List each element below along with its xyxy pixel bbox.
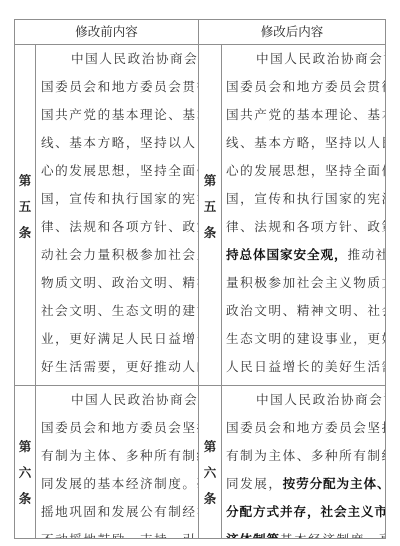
text-line: 物质文明、政治文明、精神文明、 <box>41 269 198 297</box>
article-label-before-5: 第 五 条 <box>15 168 35 246</box>
text-segment: 有制为主体、多种所有制经济共 <box>226 448 385 463</box>
article-6-after-text: 中国人民政治协商会议全国委员会和地方委员会坚持公有制为主体、多种所有制经济共同发… <box>226 386 385 538</box>
added-text-highlight: 济体制等 <box>226 532 280 538</box>
text-line: 政治文明、精神文明、社会文明、 <box>226 297 385 325</box>
text-line: 律、法规和各项方针、政策，推 <box>41 213 198 241</box>
text-segment: 国委员会和地方委员会坚持公 <box>226 420 385 435</box>
text-line: 律、法规和各项方针、政策，坚 <box>226 213 385 241</box>
text-segment: 国，宣传和执行国家的宪法、法 <box>226 191 385 206</box>
text-segment: 线、基本方略，坚持以人民为中 <box>226 135 385 150</box>
text-line: 分配方式并存，社会主义市场经 <box>226 498 385 526</box>
text-line: 中国人民政治协商会议全 <box>41 386 198 414</box>
text-line: 线、基本方略，坚持以人民为中 <box>226 129 385 157</box>
text-segment: 中国人民政治协商会议全 <box>256 51 385 66</box>
header-before: 修改前内容 <box>15 20 198 44</box>
text-line: 同发展，按劳分配为主体、多种 <box>226 470 385 498</box>
text-line: 好生活需要，更好推动人的全面 <box>41 353 198 381</box>
text-segment: 同发展， <box>226 476 283 491</box>
article-label-after-5: 第 五 条 <box>200 168 220 246</box>
text-line: 国共产党的基本理论、基本路 <box>41 101 198 129</box>
revision-comparison-table: 修改前内容 修改后内容 第 五 条 第 五 条 中国人民政治协商会议全国委员会和… <box>14 19 386 539</box>
text-line: 同发展的基本经济制度。毫不动 <box>41 470 198 498</box>
text-line: 有制为主体、多种所有制经济共 <box>226 442 385 470</box>
article-6-before-text: 中国人民政治协商会议全国委员会和地方委员会坚持公有制为主体、多种所有制经济共同发… <box>41 386 198 538</box>
text-line: 摇地巩固和发展公有制经济，毫 <box>41 498 198 526</box>
article-5-after-text: 中国人民政治协商会议全国委员会和地方委员会贯彻中国共产党的基本理论、基本路线、基… <box>226 45 385 385</box>
added-text-highlight: 按劳分配为主体、多种 <box>283 476 385 491</box>
label-divider-left <box>35 44 36 538</box>
text-segment: 国委员会和地方委员会贯彻中 <box>226 79 385 94</box>
text-line: 国委员会和地方委员会坚持公 <box>41 414 198 442</box>
text-line: 业，更好满足人民日益增长的美 <box>41 325 198 353</box>
text-line: 中国人民政治协商会议全 <box>41 45 198 73</box>
text-line: 更好推动人的全面发展、社会全 <box>226 381 385 385</box>
added-text-highlight: 分配方式并存，社会主义市场经 <box>226 504 385 519</box>
text-line: 心的发展思想，坚持全面依法治 <box>226 157 385 185</box>
text-line: 国委员会和地方委员会坚持公 <box>226 414 385 442</box>
article-label-before-6: 第 六 条 <box>15 434 35 512</box>
text-line: 中国人民政治协商会议全 <box>226 386 385 414</box>
text-segment: 心的发展思想，坚持全面依法治 <box>226 163 385 178</box>
text-line: 心的发展思想，坚持全面依法治 <box>41 157 198 185</box>
column-divider <box>198 20 199 538</box>
header-after: 修改后内容 <box>199 20 385 44</box>
text-line: 发展、社会全面进步。 <box>41 381 198 385</box>
text-line: 济体制等基本经济制度。毫不动 <box>226 526 385 538</box>
text-line: 线、基本方略，坚持以人民为中 <box>41 129 198 157</box>
text-line: 国委员会和地方委员会贯彻中 <box>226 73 385 101</box>
text-segment: 量积极参加社会主义物质文明、 <box>226 275 385 290</box>
added-text-highlight: 持总体国家安全观， <box>226 247 347 262</box>
text-segment: 基本经济制度。毫不动 <box>280 532 385 538</box>
text-line: 国，宣传和执行国家的宪法、法 <box>41 185 198 213</box>
text-segment: 人民日益增长的美好生活需要， <box>226 359 385 374</box>
text-line: 持总体国家安全观，推动社会力 <box>226 241 385 269</box>
text-line: 不动摇地鼓励、支持、引导非公 <box>41 526 198 538</box>
text-segment: 政治文明、精神文明、社会文明、 <box>226 303 385 318</box>
text-line: 中国人民政治协商会议全 <box>226 45 385 73</box>
text-segment: 律、法规和各项方针、政策， <box>226 219 385 234</box>
article-5-before-text: 中国人民政治协商会议全国委员会和地方委员会贯彻中国共产党的基本理论、基本路线、基… <box>41 45 198 385</box>
text-line: 人民日益增长的美好生活需要， <box>226 353 385 381</box>
text-line: 动社会力量积极参加社会主义 <box>41 241 198 269</box>
text-segment: 中国人民政治协商会议全 <box>256 392 385 407</box>
text-line: 量积极参加社会主义物质文明、 <box>226 269 385 297</box>
label-divider-right <box>221 44 222 538</box>
text-line: 国委员会和地方委员会贯彻中 <box>41 73 198 101</box>
text-segment: 国共产党的基本理论、基本路 <box>226 107 385 122</box>
text-line: 社会文明、生态文明的建设事 <box>41 297 198 325</box>
article-label-after-6: 第 六 条 <box>200 434 220 512</box>
text-segment: 推动社会力 <box>347 247 385 262</box>
text-line: 生态文明的建设事业，更好满足 <box>226 325 385 353</box>
text-line: 有制为主体、多种所有制经济共 <box>41 442 198 470</box>
text-line: 国，宣传和执行国家的宪法、法 <box>226 185 385 213</box>
text-segment: 生态文明的建设事业，更好满足 <box>226 331 385 346</box>
text-line: 国共产党的基本理论、基本路 <box>226 101 385 129</box>
